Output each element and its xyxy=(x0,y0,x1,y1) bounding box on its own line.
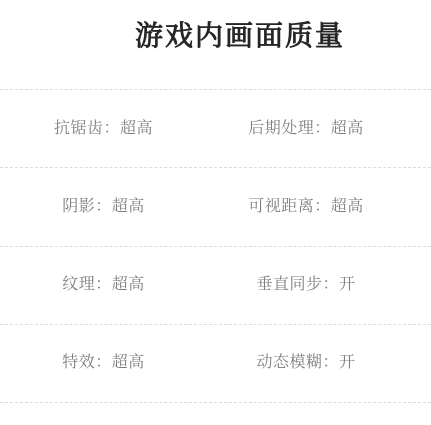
settings-table: 抗锯齿：超高 后期处理：超高 阴影：超高 可视距离：超高 纹理：超高 垂直同步：… xyxy=(0,90,431,403)
setting-value: 超高 xyxy=(112,198,145,215)
setting-label: 特效 xyxy=(62,354,95,371)
setting-anti-aliasing: 抗锯齿：超高 xyxy=(0,119,207,139)
setting-label: 可视距离 xyxy=(248,198,314,215)
setting-motion-blur: 动态模糊：开 xyxy=(207,353,405,373)
setting-separator: ： xyxy=(314,120,331,137)
setting-row: 特效：超高 动态模糊：开 xyxy=(0,325,431,403)
setting-value: 开 xyxy=(339,276,356,293)
setting-separator: ： xyxy=(95,198,112,215)
quality-settings-panel: 游戏内画面质量 抗锯齿：超高 后期处理：超高 阴影：超高 可视距离：超高 纹理：… xyxy=(0,0,431,425)
setting-label: 抗锯齿 xyxy=(54,120,104,137)
setting-label: 垂直同步 xyxy=(256,276,322,293)
setting-value: 超高 xyxy=(331,120,364,137)
setting-label: 纹理 xyxy=(62,276,95,293)
setting-label: 动态模糊 xyxy=(256,354,322,371)
setting-value: 开 xyxy=(339,354,356,371)
setting-label: 后期处理 xyxy=(248,120,314,137)
setting-vsync: 垂直同步：开 xyxy=(207,275,405,295)
setting-separator: ： xyxy=(314,198,331,215)
setting-post-processing: 后期处理：超高 xyxy=(207,119,405,139)
setting-view-distance: 可视距离：超高 xyxy=(207,197,405,217)
setting-label: 阴影 xyxy=(62,198,95,215)
setting-separator: ： xyxy=(95,276,112,293)
setting-row: 阴影：超高 可视距离：超高 xyxy=(0,168,431,246)
setting-value: 超高 xyxy=(112,354,145,371)
setting-separator: ： xyxy=(95,354,112,371)
setting-shadows: 阴影：超高 xyxy=(0,197,207,217)
header: 游戏内画面质量 xyxy=(0,0,431,90)
setting-row: 纹理：超高 垂直同步：开 xyxy=(0,247,431,325)
setting-textures: 纹理：超高 xyxy=(0,275,207,295)
setting-row: 抗锯齿：超高 后期处理：超高 xyxy=(0,90,431,168)
page-title: 游戏内画面质量 xyxy=(49,20,431,52)
setting-effects: 特效：超高 xyxy=(0,353,207,373)
setting-separator: ： xyxy=(322,276,339,293)
setting-value: 超高 xyxy=(120,120,153,137)
setting-separator: ： xyxy=(322,354,339,371)
setting-value: 超高 xyxy=(331,198,364,215)
setting-value: 超高 xyxy=(112,276,145,293)
setting-separator: ： xyxy=(103,120,120,137)
